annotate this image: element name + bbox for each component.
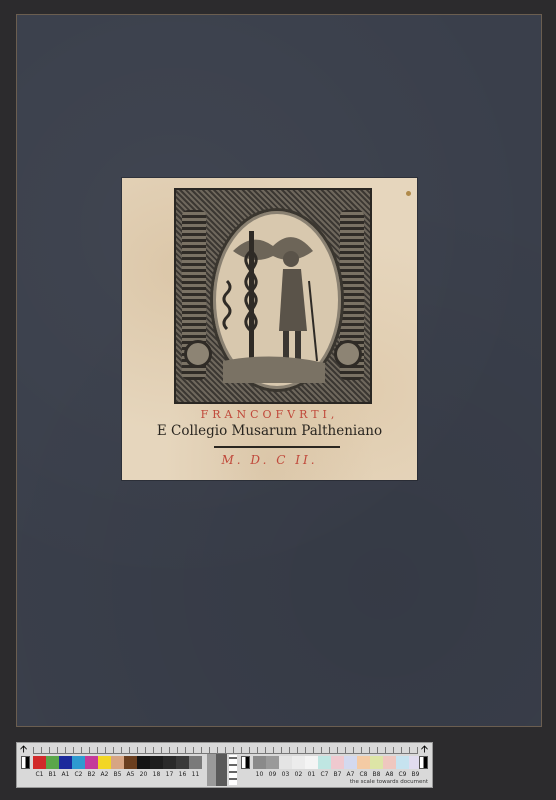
color-patch: 10 <box>253 756 266 769</box>
measurement-ruler <box>33 747 418 754</box>
color-patch: 01 <box>305 756 318 769</box>
color-patch: B5 <box>111 756 124 769</box>
color-patch: A2 <box>98 756 111 769</box>
color-patch: A8 <box>383 756 396 769</box>
caduceus-and-figure-icon <box>213 211 335 383</box>
step-strip <box>229 755 237 785</box>
color-calibration-scale: 🡩 🡩 C1B1A1C2B2A2B5A52018171611 100903020… <box>16 742 433 788</box>
color-patch: B8 <box>370 756 383 769</box>
color-patches-left: C1B1A1C2B2A2B5A52018171611 <box>33 756 202 769</box>
imprint-publisher: E Collegio Musarum Paltheniano <box>122 423 417 439</box>
color-patch: 17 <box>163 756 176 769</box>
color-patch: 18 <box>150 756 163 769</box>
black-white-target <box>419 756 428 769</box>
color-patch: 02 <box>292 756 305 769</box>
scale-caption: the scale towards document <box>350 779 428 785</box>
oval-medallion <box>210 208 344 392</box>
color-patch: C7 <box>318 756 331 769</box>
color-patch: B1 <box>46 756 59 769</box>
gray-wedge <box>207 754 227 786</box>
up-arrow-icon: 🡩 <box>421 745 428 755</box>
printed-title-fragment: FRANCOFVRTI, E Collegio Musarum Paltheni… <box>122 178 417 480</box>
up-arrow-icon: 🡩 <box>20 745 27 755</box>
black-white-target <box>241 756 250 769</box>
color-patches-right: 1009030201C7B7A7C8B8A8C9B9 <box>253 756 422 769</box>
color-patch: 20 <box>137 756 150 769</box>
color-patch: A1 <box>59 756 72 769</box>
patch-label: 11 <box>187 771 204 778</box>
woodcut-printer-device <box>174 188 372 404</box>
imprint-place: FRANCOFVRTI, <box>122 408 417 421</box>
color-patch: 16 <box>176 756 189 769</box>
scroll-ornament <box>334 340 362 368</box>
imprint-date: M. D. C II. <box>122 453 417 467</box>
scroll-ornament <box>184 340 212 368</box>
color-patch: B7 <box>331 756 344 769</box>
black-white-target <box>21 756 30 769</box>
color-patch: A7 <box>344 756 357 769</box>
color-patch: 03 <box>279 756 292 769</box>
color-patch: C9 <box>396 756 409 769</box>
color-patch: 09 <box>266 756 279 769</box>
color-patch: C2 <box>72 756 85 769</box>
paper-stain <box>406 191 411 196</box>
color-patch: B2 <box>85 756 98 769</box>
color-patch: A5 <box>124 756 137 769</box>
divider-rule <box>214 446 340 448</box>
color-patch: C1 <box>33 756 46 769</box>
color-patch: 11 <box>189 756 202 769</box>
patch-label: B9 <box>407 771 424 778</box>
color-patch: C8 <box>357 756 370 769</box>
